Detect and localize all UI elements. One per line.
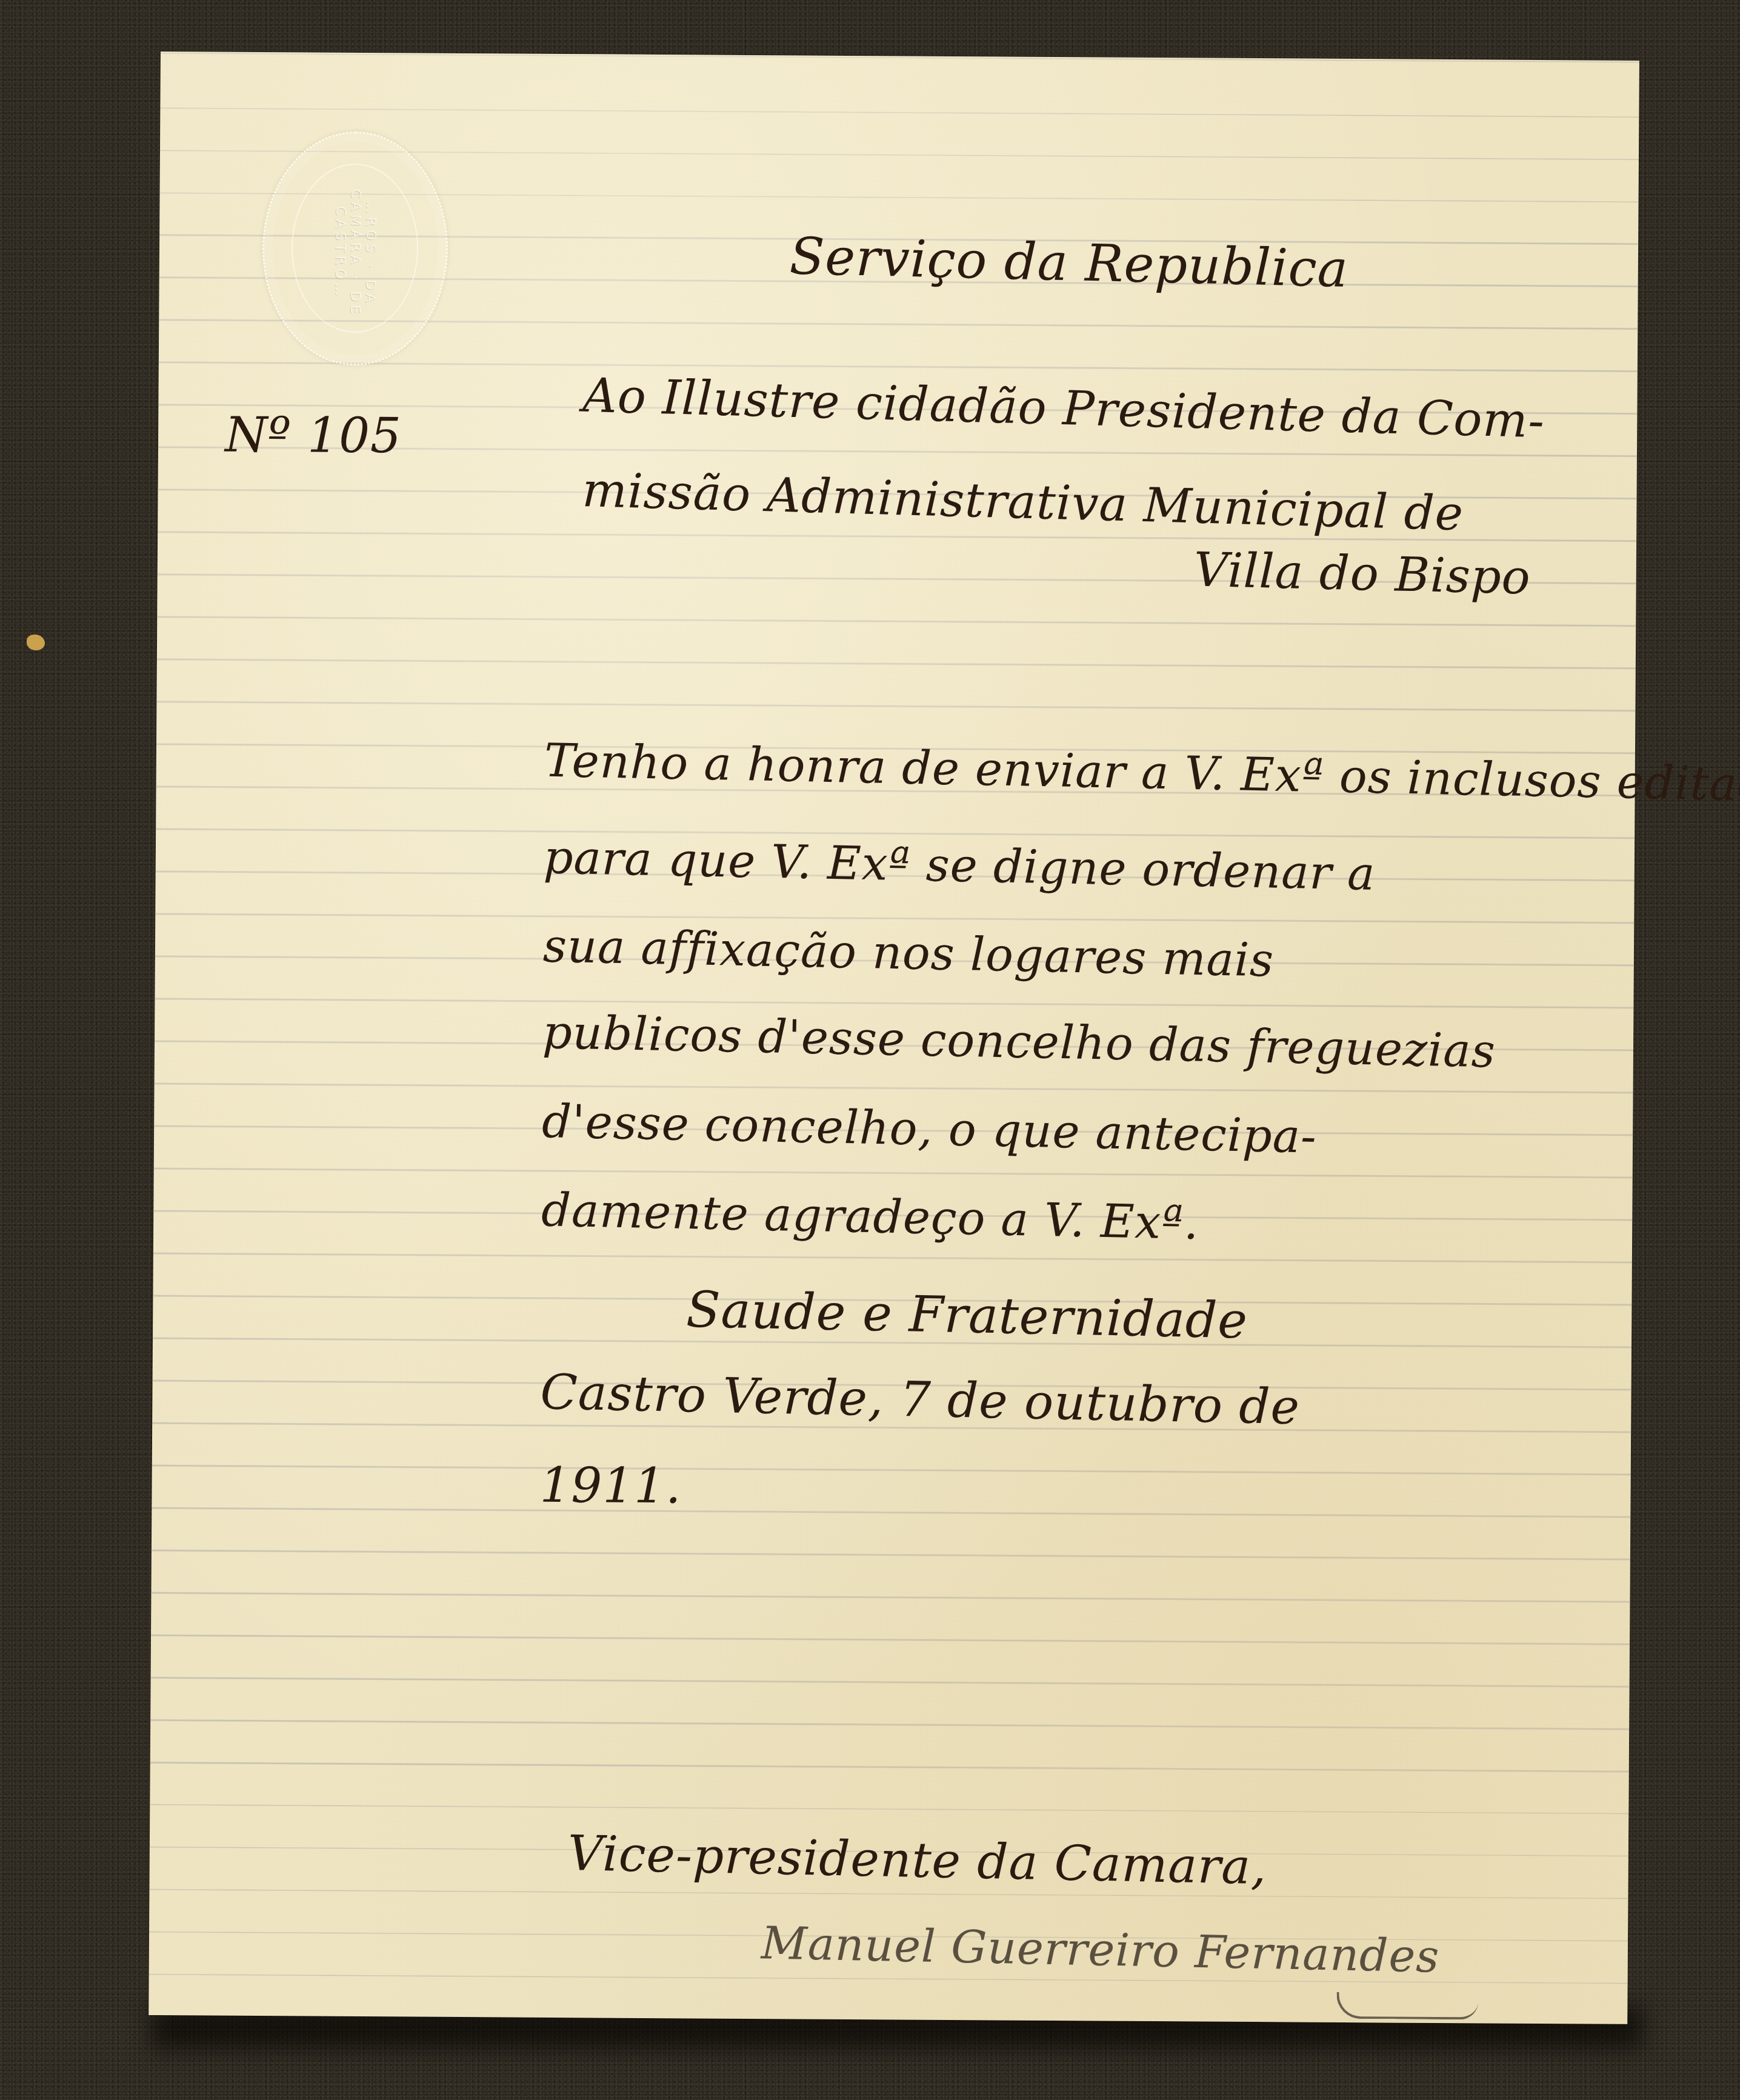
body-line-2: para que V. Exª se digne ordenar a: [543, 830, 1376, 901]
place-and-date: Castro Verde, 7 de outubro de: [540, 1364, 1301, 1435]
letter-heading: Serviço da Republica: [789, 226, 1349, 299]
signatory-title: Vice-presidente da Camara,: [567, 1825, 1267, 1895]
letter-number: Nº 105: [225, 407, 402, 464]
closing-salutation: Saude e Fraternidade: [685, 1281, 1248, 1350]
paper-crumb-debris: [27, 635, 45, 650]
body-line-4: publicos d'esse concelho das freguezias: [542, 1005, 1496, 1078]
embossed-seal-icon: …ROS · DA CAMARA · DE CASTRO…: [262, 131, 448, 366]
letter-page: …ROS · DA CAMARA · DE CASTRO… Serviço da…: [148, 52, 1639, 2024]
body-line-3: sua affixação nos logares mais: [542, 918, 1275, 987]
address-line-3: Villa do Bispo: [1193, 543, 1532, 605]
address-line-2: missão Administrativa Municipal de: [582, 463, 1464, 541]
signature-flourish-icon: [1336, 1992, 1478, 2019]
signature: Manuel Guerreiro Fernandes: [761, 1917, 1440, 1982]
body-line-6: damente agradeço a V. Exª.: [541, 1182, 1199, 1250]
body-line-5: d'esse concelho, o que antecipa-: [541, 1094, 1317, 1164]
body-line-1: Tenho a honra de enviar a V. Exª os incl…: [544, 733, 1740, 812]
seal-text: …ROS · DA CAMARA · DE CASTRO…: [332, 162, 379, 344]
date-year: 1911.: [539, 1457, 682, 1514]
address-line-1: Ao Illustre cidadão Presidente da Com-: [582, 368, 1545, 449]
